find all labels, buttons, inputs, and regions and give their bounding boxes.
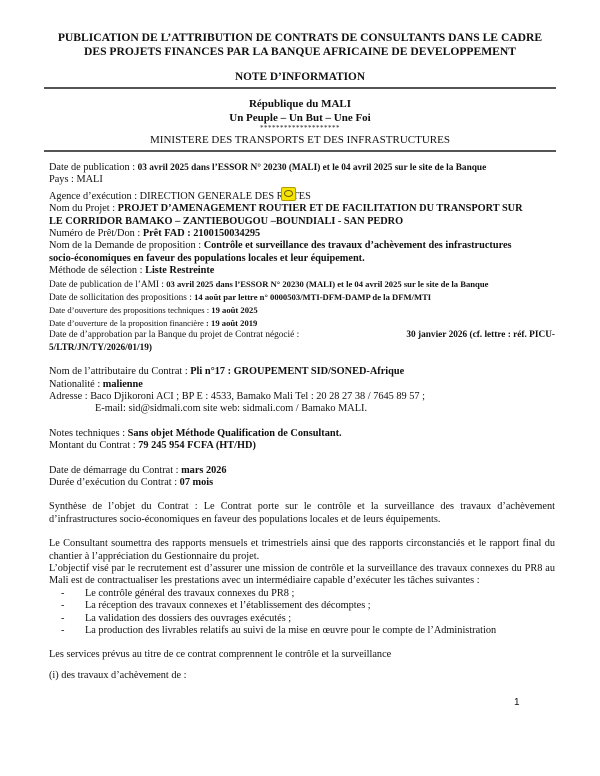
- label: Nationalité :: [49, 379, 103, 390]
- stars-separator: ********************: [40, 125, 560, 132]
- field-nationalite: Nationalité : malienne: [49, 379, 555, 391]
- ministry-name: MINISTERE DES TRANSPORTS ET DES INFRASTR…: [40, 134, 560, 148]
- field-adresse: Adresse : Baco Djikoroni ACI ; BP E : 45…: [49, 391, 555, 403]
- divider-top: [44, 87, 556, 89]
- field-demande: Nom de la Demande de proposition : Contr…: [49, 240, 555, 252]
- task-list: Le contrôle général des travaux connexes…: [49, 588, 555, 638]
- field-notes-tech: Notes techniques : Sans objet Méthode Qu…: [49, 428, 555, 440]
- field-approbation-cont: 5/LTR/JN/TY/2026/01/19): [49, 342, 555, 354]
- label: Notes techniques :: [49, 428, 128, 439]
- spacer: [49, 526, 555, 538]
- paragraph-services: Les services prévus au titre de ce contr…: [49, 649, 555, 661]
- label: Pays :: [49, 174, 76, 185]
- document-title: PUBLICATION DE L’ATTRIBUTION DE CONTRATS…: [40, 31, 560, 59]
- list-item: La validation des dossiers des ouvrages …: [61, 613, 555, 625]
- label: Date d’ouverture des propositions techni…: [49, 305, 211, 315]
- value: Contrôle et surveillance des travaux d’a…: [204, 240, 512, 251]
- note-heading: NOTE D’INFORMATION: [40, 71, 560, 83]
- value: Liste Restreinte: [145, 265, 214, 276]
- field-pays: Pays : MALI: [49, 174, 555, 186]
- value: 79 245 954 FCFA (HT/HD): [138, 440, 256, 451]
- field-demande-cont: socio-économiques en faveur des populati…: [49, 253, 555, 265]
- label: Montant du Contrat :: [49, 440, 138, 451]
- label: Nom de l’attributaire du Contrat :: [49, 366, 190, 377]
- field-pret: Numéro de Prêt/Don : Prêt FAD : 21001500…: [49, 228, 555, 240]
- value: 30 janvier 2026 (cf. lettre : réf. PICU-: [406, 329, 555, 341]
- document-page: PUBLICATION DE L’ATTRIBUTION DE CONTRATS…: [0, 0, 600, 776]
- spacer: [49, 489, 555, 501]
- field-adresse-cont: E-mail: sid@sidmali.com site web: sidmal…: [49, 403, 555, 415]
- label: Date de d’approbation par la Banque du p…: [49, 329, 299, 341]
- value: 14 août par lettre n° 0000503/MTI-DFM-DA…: [194, 292, 431, 302]
- label: Durée d’exécution du Contrat :: [49, 477, 180, 488]
- value: Baco Djikoroni ACI ; BP E : 4533, Bamako…: [90, 391, 425, 402]
- label: Adresse :: [49, 391, 90, 402]
- value: DIRECTION GENERALE DES R: [140, 191, 284, 202]
- value: 07 mois: [180, 477, 213, 488]
- value: Pli n°17 : GROUPEMENT SID/SONED-Afrique: [190, 366, 404, 377]
- field-projet: Nom du Projet : PROJET D’AMENAGEMENT ROU…: [49, 203, 555, 215]
- field-ouverture-tech: Date d’ouverture des propositions techni…: [49, 304, 555, 316]
- field-sollicitation: Date de sollicitation des propositions :…: [49, 291, 555, 304]
- label: Nom de la Demande de proposition :: [49, 240, 204, 251]
- list-item: La production des livrables relatifs au …: [61, 625, 555, 637]
- comment-icon[interactable]: [281, 187, 296, 201]
- label: Date de sollicitation des propositions :: [49, 293, 194, 303]
- label: Méthode de sélection :: [49, 265, 145, 276]
- motto: Un Peuple – Un But – Une Foi: [40, 112, 560, 126]
- list-item: Le contrôle général des travaux connexes…: [61, 588, 555, 600]
- spacer: [49, 453, 555, 465]
- label: Nom du Projet :: [49, 203, 118, 214]
- value: Prêt FAD : 2100150034295: [143, 228, 260, 239]
- field-date-ami: Date de publication de l’AMI : 03 avril …: [49, 278, 555, 291]
- value: 19 août 2025: [211, 305, 257, 315]
- field-agence: Agence d’exécution : DIRECTION GENERALE …: [49, 187, 555, 203]
- label: Date de publication de l’AMI :: [49, 280, 166, 290]
- spacer: [49, 354, 555, 366]
- field-attributaire: Nom de l’attributaire du Contrat : Pli n…: [49, 366, 555, 378]
- value: PROJET D’AMENAGEMENT ROUTIER ET DE FACIL…: [118, 203, 523, 214]
- divider-bottom: [44, 150, 556, 152]
- value: : 19 août 2019: [206, 318, 257, 328]
- paragraph-synthese: Synthèse de l’objet du Contrat : Le Cont…: [49, 501, 555, 526]
- field-methode: Méthode de sélection : Liste Restreinte: [49, 265, 555, 277]
- label: Agence d’exécution :: [49, 191, 140, 202]
- field-demarrage: Date de démarrage du Contrat : mars 2026: [49, 465, 555, 477]
- paragraph-objectif: L’objectif visé par le recrutement est d…: [49, 563, 555, 588]
- field-date-publication: Date de publication : 03 avril 2025 dans…: [49, 162, 555, 174]
- value: MALI: [76, 174, 102, 185]
- title-line-2: DES PROJETS FINANCES PAR LA BANQUE AFRIC…: [40, 45, 560, 59]
- label: Numéro de Prêt/Don :: [49, 228, 143, 239]
- spacer: [49, 416, 555, 428]
- value: mars 2026: [181, 465, 226, 476]
- spacer: [49, 662, 555, 670]
- title-line-1: PUBLICATION DE L’ATTRIBUTION DE CONTRATS…: [40, 31, 560, 45]
- paragraph-item-i: (i) des travaux d’achèvement de :: [49, 670, 555, 682]
- value: 03 avril 2025 dans l’ESSOR N° 20230 (MAL…: [138, 163, 487, 173]
- document-body: Date de publication : 03 avril 2025 dans…: [49, 162, 555, 682]
- republic-block: République du MALI Un Peuple – Un But – …: [40, 98, 560, 148]
- field-duree: Durée d’exécution du Contrat : 07 mois: [49, 477, 555, 489]
- field-ouverture-fin: Date d’ouverture de la proposition finan…: [49, 317, 555, 329]
- value: malienne: [103, 379, 143, 390]
- paragraph-rapports: Le Consultant soumettra des rapports men…: [49, 538, 555, 563]
- label: Date d’ouverture de la proposition finan…: [49, 318, 206, 328]
- field-projet-cont: LE CORRIDOR BAMAKO – ZANTIEBOUGOU –BOUND…: [49, 216, 555, 228]
- value: 03 avril 2025 dans l’ESSOR N° 20230 (MAL…: [166, 279, 488, 289]
- spacer: [49, 637, 555, 649]
- field-montant: Montant du Contrat : 79 245 954 FCFA (HT…: [49, 440, 555, 452]
- label: Date de publication :: [49, 162, 138, 173]
- republic-name: République du MALI: [40, 98, 560, 112]
- label: Date de démarrage du Contrat :: [49, 465, 181, 476]
- list-item: La réception des travaux connexes et l’é…: [61, 600, 555, 612]
- field-approbation: Date de d’approbation par la Banque du p…: [49, 329, 555, 341]
- page-number: 1: [514, 697, 520, 708]
- value: Sans objet Méthode Qualification de Cons…: [128, 428, 342, 439]
